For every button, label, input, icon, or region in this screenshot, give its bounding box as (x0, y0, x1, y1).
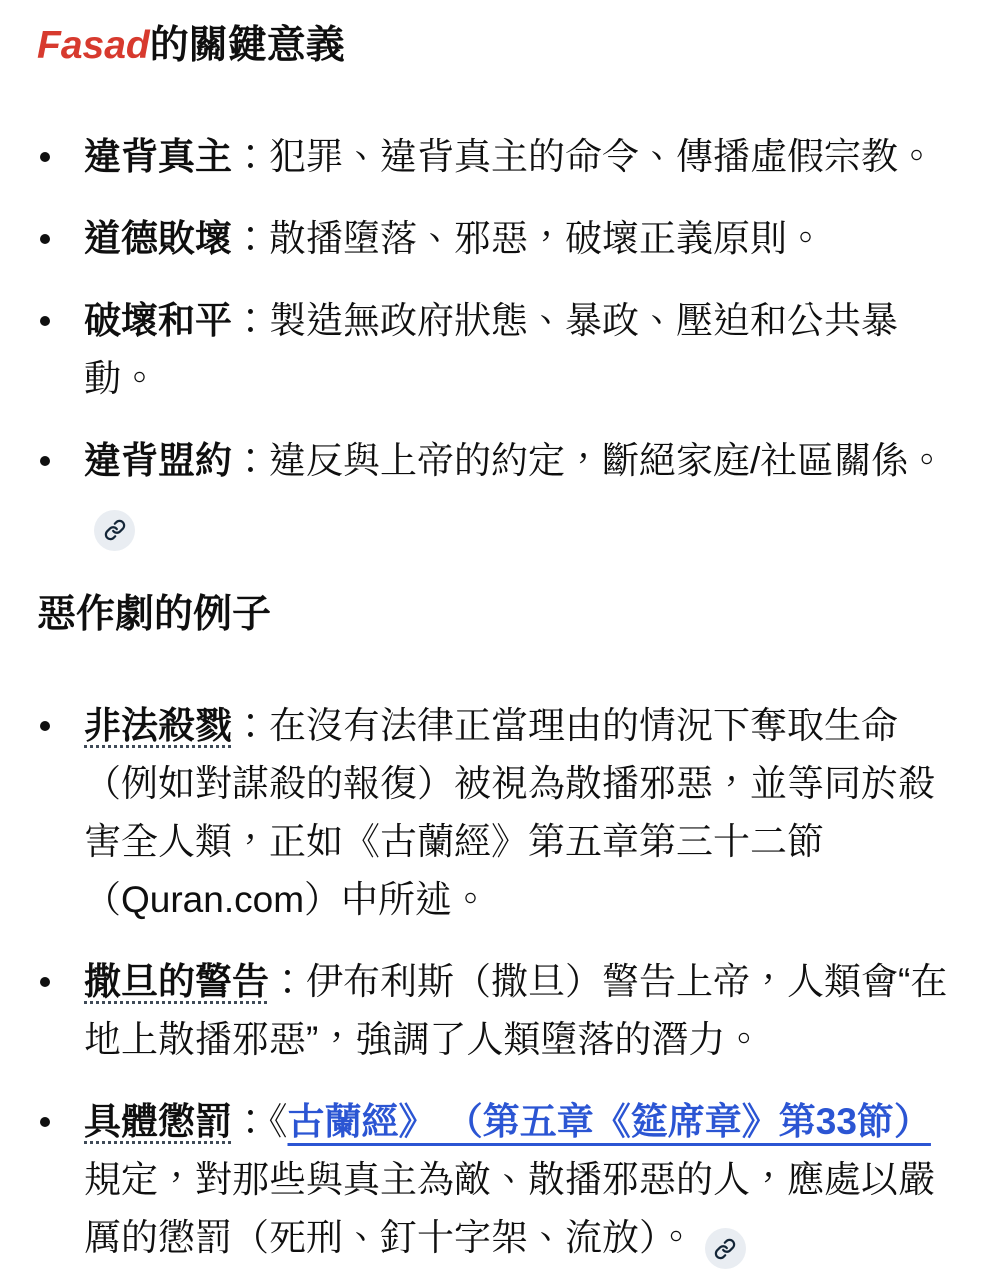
item-description: 散播墮落、邪惡，破壞正義原則。 (269, 218, 824, 259)
term-bold: 道德敗壞 (84, 218, 232, 259)
term-separator: ： (232, 300, 269, 341)
quran-citation-link[interactable]: 古蘭經》 （第五章《筵席章》第33節） (288, 1101, 931, 1142)
heading-suffix: 的關鍵意義 (150, 24, 345, 67)
list-item: 違背盟約：違反與上帝的約定，斷絕家庭/社區關係。 (84, 432, 958, 551)
key-meanings-list: 違背真主：犯罪、違背真主的命令、傳播虛假宗教。 道德敗壞：散播墮落、邪惡，破壞正… (37, 128, 958, 551)
term-separator: ： (232, 705, 269, 746)
item-description: 規定，對那些與真主為敵、散播邪惡的人，應處以嚴厲的懲罰（死刑、釘十字架、流放）。 (84, 1159, 935, 1258)
examples-list: 非法殺戮：在沒有法律正當理由的情況下奪取生命（例如對謀殺的報復）被視為散播邪惡，… (37, 697, 958, 1270)
list-item: 具體懲罰：《古蘭經》 （第五章《筵席章》第33節） 規定，對那些與真主為敵、散播… (84, 1093, 958, 1270)
fasad-term: Fasad (37, 24, 150, 67)
term-bold: 違背盟約 (84, 440, 232, 481)
term-separator: ： (232, 218, 269, 259)
item-description: 違反與上帝的約定，斷絕家庭/社區關係。 (269, 440, 945, 481)
term-separator: ： (269, 961, 306, 1002)
link-icon (104, 519, 126, 541)
term-bold-dotted: 非法殺戮 (84, 705, 232, 746)
list-item: 撒旦的警告：伊布利斯（撒旦）警告上帝，人類會“在地上散播邪惡”，強調了人類墮落的… (84, 953, 958, 1069)
citation-link-badge[interactable] (705, 1228, 746, 1269)
list-item: 違背真主：犯罪、違背真主的命令、傳播虛假宗教。 (84, 128, 958, 186)
section-heading-key-meanings: Fasad的關鍵意義 (37, 22, 958, 70)
term-separator: ： (232, 1101, 269, 1142)
term-bold: 違背真主 (84, 136, 232, 177)
link-prefix: 《 (269, 1101, 288, 1142)
link-icon (714, 1238, 736, 1260)
list-item: 破壞和平：製造無政府狀態、暴政、壓迫和公共暴動。 (84, 292, 958, 408)
citation-link-badge[interactable] (94, 510, 135, 551)
section-heading-examples: 惡作劇的例子 (37, 591, 958, 639)
list-item: 非法殺戮：在沒有法律正當理由的情況下奪取生命（例如對謀殺的報復）被視為散播邪惡，… (84, 697, 958, 929)
term-bold-dotted: 撒旦的警告 (84, 961, 269, 1002)
term-bold-dotted: 具體懲罰 (84, 1101, 232, 1142)
term-separator: ： (232, 440, 269, 481)
item-description: 犯罪、違背真主的命令、傳播虛假宗教。 (269, 136, 935, 177)
chat-message-body: Fasad的關鍵意義 違背真主：犯罪、違背真主的命令、傳播虛假宗教。 道德敗壞：… (0, 0, 997, 1279)
list-item: 道德敗壞：散播墮落、邪惡，破壞正義原則。 (84, 210, 958, 268)
term-separator: ： (232, 136, 269, 177)
term-bold: 破壞和平 (84, 300, 232, 341)
